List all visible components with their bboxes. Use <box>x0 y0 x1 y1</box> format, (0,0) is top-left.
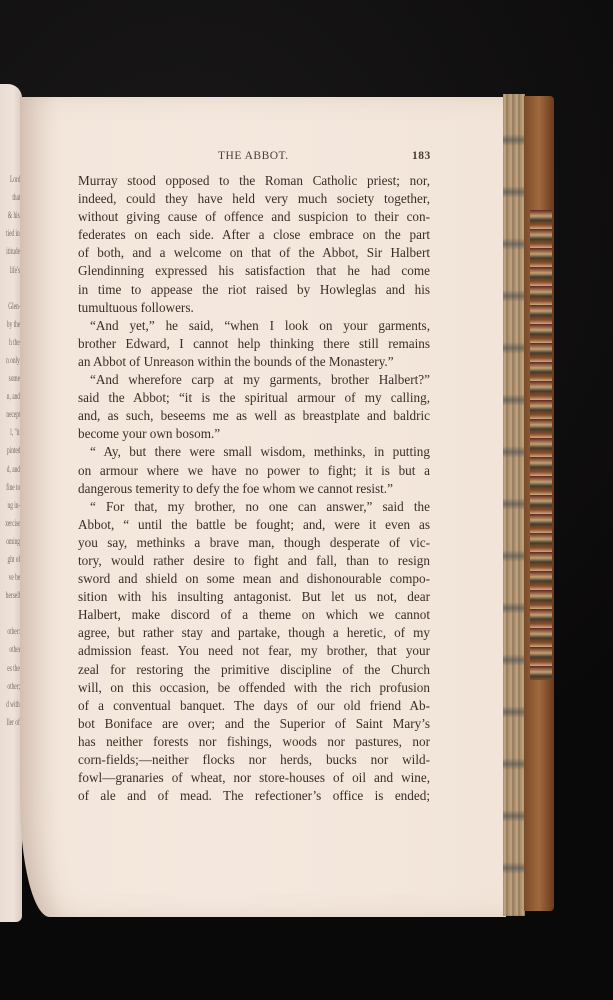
body-text: Murray stood opposed to the Roman Cathol… <box>78 172 430 805</box>
left-page-text-fragment: d, and <box>7 464 20 474</box>
text-line: indeed, could they have held very much s… <box>78 190 430 208</box>
page-number: 183 <box>412 150 431 162</box>
text-line: tumultuous followers. <box>78 299 430 317</box>
text-line: federates on each side. After a close em… <box>78 226 430 244</box>
text-line: sition with his insulting antagonist. Bu… <box>78 588 430 606</box>
text-line: of a conventual banquet. The days of our… <box>78 697 430 715</box>
text-line: of both, and a welcome on that of the Ab… <box>78 244 430 262</box>
text-line: said the Abbot; “it is the spiritual arm… <box>78 389 430 407</box>
left-page-text-fragment: oming <box>6 536 20 546</box>
left-page-text-fragment: ller of <box>7 717 20 727</box>
page-fore-edge <box>503 94 525 916</box>
left-page-text-fragment: d with <box>6 699 20 709</box>
left-page-text-fragment: tied in <box>6 228 20 238</box>
running-head-title: THE ABBOT. <box>218 150 289 162</box>
left-page-text-fragment: n only <box>6 355 20 365</box>
left-page-text-fragment: that <box>12 192 20 202</box>
text-line: “And yet,” he said, “when I look on your… <box>78 317 430 335</box>
left-page-text-fragment: & his <box>8 210 20 220</box>
text-line: Murray stood opposed to the Roman Cathol… <box>78 172 430 190</box>
left-page-text-fragment: ititude <box>6 246 20 256</box>
text-line: “ For that, my brother, no one can answe… <box>78 498 430 516</box>
left-page-text-fragment: pinted <box>6 445 20 455</box>
text-line: tory, would rather desire to fight and f… <box>78 552 430 570</box>
text-line: without giving cause of offence and susp… <box>78 208 430 226</box>
left-page-text-fragment: ght of <box>7 554 20 564</box>
left-page-text-fragment: es the <box>8 663 20 673</box>
text-line: Glendinning expressed his satisfaction t… <box>78 262 430 280</box>
text-line: on armour where we have no power to figh… <box>78 462 430 480</box>
left-page-text-fragment: h the <box>9 337 20 347</box>
left-page-text-fragment: xercise <box>5 518 20 528</box>
left-page-text-fragment: other <box>9 644 20 654</box>
text-line: an Abbot of Unreason within the bounds o… <box>78 353 430 371</box>
left-page-text-fragment: n, and <box>7 391 20 401</box>
left-page-text-fragment: herself <box>5 590 20 600</box>
text-line: dangerous temerity to defy the foe whom … <box>78 480 430 498</box>
left-page-text-fragment: other; <box>7 681 20 691</box>
left-page-text-fragment: Lord <box>10 174 21 184</box>
left-page-text-fragment: other: <box>7 626 20 636</box>
text-line: will, on this occasion, be offended with… <box>78 679 430 697</box>
text-line: Abbot, “ until the battle be fought; and… <box>78 516 430 534</box>
text-line: has neither forests nor fishings, woods … <box>78 733 430 751</box>
text-line: corn-fields;—neither flocks nor herds, b… <box>78 751 430 769</box>
text-line: “And wherefore carp at my garments, brot… <box>78 371 430 389</box>
text-line: brother Edward, I cannot help thinking t… <box>78 335 430 353</box>
text-line: of ale and of mead. The refectioner’s of… <box>78 787 430 805</box>
left-page-text-fragment: Glen- <box>8 301 20 311</box>
marbled-endpaper <box>530 210 552 680</box>
text-line: admission feast. You need not fear, my b… <box>78 642 430 660</box>
running-head: THE ABBOT. 183 <box>0 150 613 166</box>
text-line: agree, but rather stay and partake, thou… <box>78 624 430 642</box>
left-page-text-fragment: l, "it <box>11 427 20 437</box>
text-line: fowl—granaries of wheat, nor store-house… <box>78 769 430 787</box>
left-page-text-fragment: some <box>9 373 20 383</box>
text-line: become your own bosom.” <box>78 425 430 443</box>
text-line: “ Ay, but there were small wisdom, methi… <box>78 443 430 461</box>
text-line: in time to appease the riot raised by Ho… <box>78 281 430 299</box>
left-page-text-fragment: fine to <box>6 482 20 492</box>
left-page-text-fragment: by the <box>7 319 20 329</box>
facing-left-page: Lordthat& histied inititudelife'sGlen-by… <box>0 84 22 922</box>
text-line: and, as such, beseems me as well as brea… <box>78 407 430 425</box>
left-page-text-fragment: necept <box>6 409 20 419</box>
text-line: Halbert, make discord of a theme on whic… <box>78 606 430 624</box>
left-page-text-fragment: life's <box>10 265 20 275</box>
left-page-text-fragment: ng in- <box>7 500 20 510</box>
text-line: bot Boniface are over; and the Superior … <box>78 715 430 733</box>
text-line: you say, methinks a brave man, though de… <box>78 534 430 552</box>
left-page-text-fragment: ve be <box>8 572 20 582</box>
text-line: zeal for restoring the primitive discipl… <box>78 661 430 679</box>
text-line: sword and shield on some mean and dishon… <box>78 570 430 588</box>
